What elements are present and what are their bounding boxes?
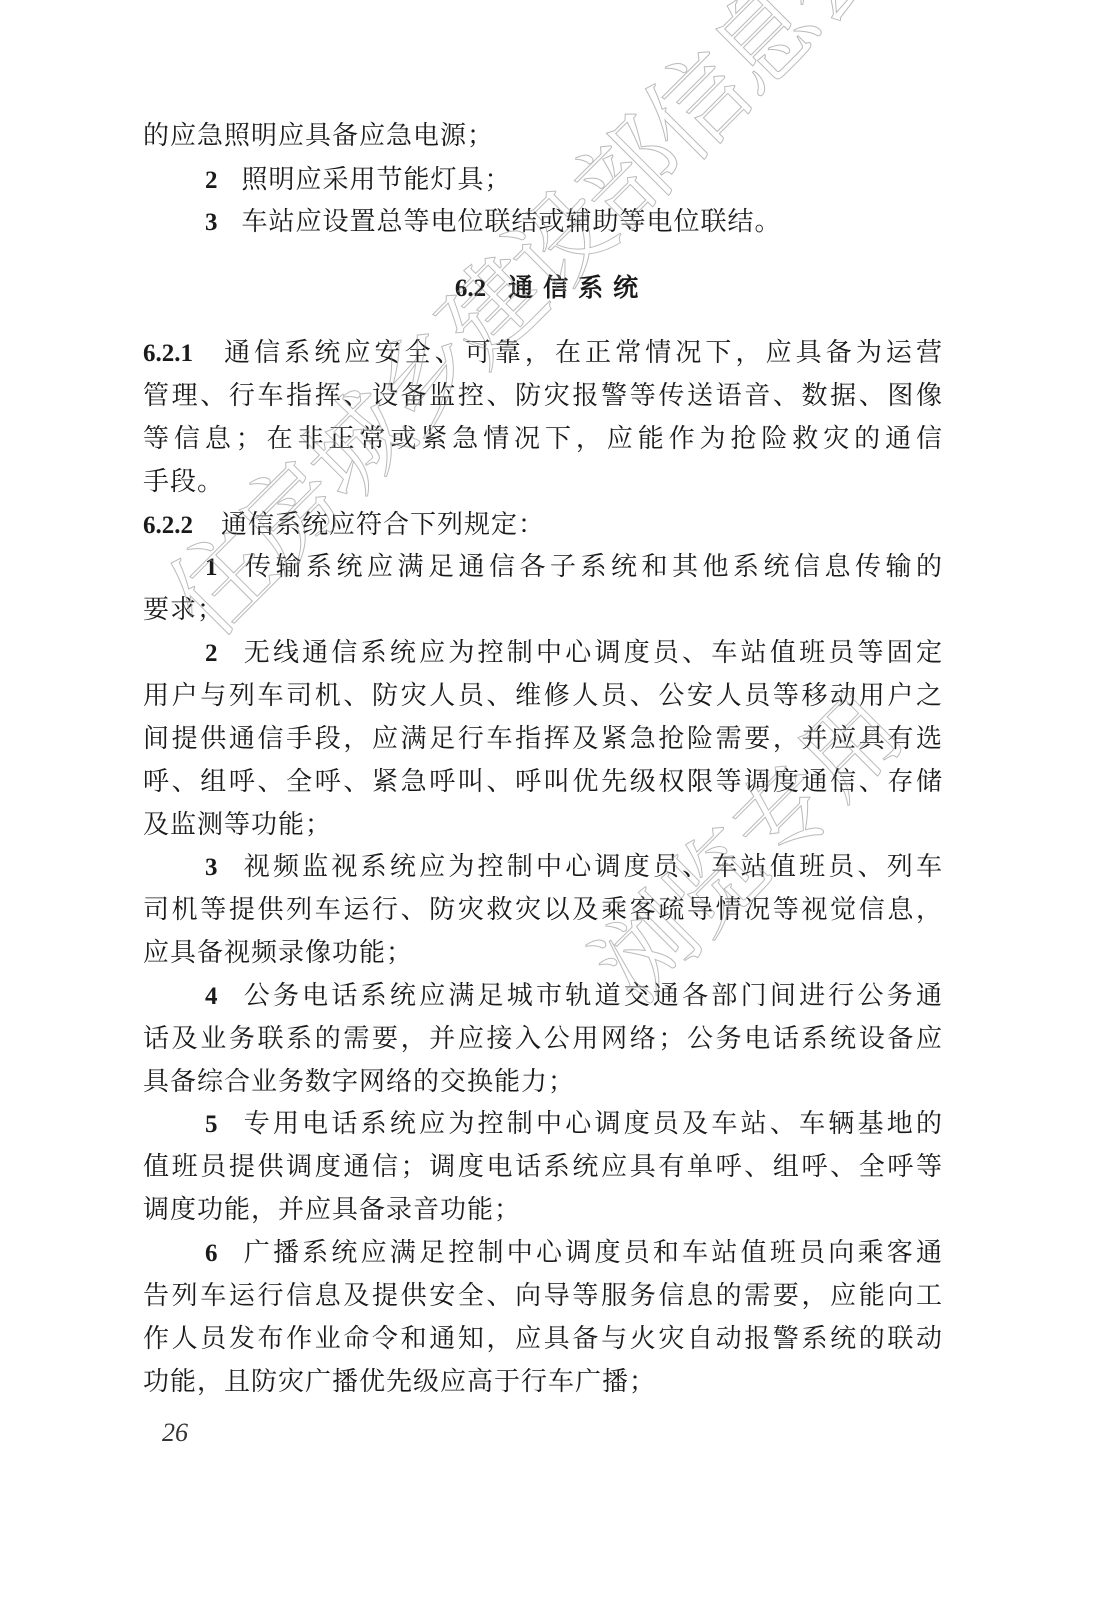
section-heading: 6.2通信系统 (0, 272, 1103, 305)
page-number: 26 (162, 1418, 188, 1448)
item-line: 间提供通信手段，应满足行车指挥及紧急抢险需要，并应具有选 (143, 723, 943, 755)
clause-line: 6.2.1通信系统应安全、可靠，在正常情况下，应具备为运营 (143, 337, 943, 370)
item-line: 告列车运行信息及提供安全、向导等服务信息的需要，应能向工 (143, 1280, 943, 1312)
item-line: 作人员发布作业命令和通知，应具备与火灾自动报警系统的联动 (143, 1323, 943, 1355)
clause-line: 6.2.2通信系统应符合下列规定： (143, 509, 943, 542)
item-line: 司机等提供列车运行、防灾救灾以及乘客疏导情况等视觉信息， (143, 894, 943, 926)
item-line: 具备综合业务数字网络的交换能力； (143, 1066, 943, 1098)
list-item: 2照明应采用节能灯具； (143, 164, 943, 197)
item-line: 应具备视频录像功能； (143, 937, 943, 969)
clause-line: 等信息；在非正常或紧急情况下，应能作为抢险救灾的通信 (143, 423, 943, 455)
item-number: 2 (205, 167, 218, 194)
item-number: 3 (205, 854, 218, 881)
item-text: 视频监视系统应为控制中心调度员、车站值班员、列车 (242, 852, 944, 882)
item-number: 2 (205, 640, 218, 667)
item-text: 公务电话系统应满足城市轨道交通各部门间进行公务通 (242, 981, 944, 1011)
item-line: 话及业务联系的需要，并应接入公用网络；公务电话系统设备应 (143, 1023, 943, 1055)
clause-line: 管理、行车指挥、设备监控、防灾报警等传送语音、数据、图像 (143, 380, 943, 412)
section-title: 通信系统 (508, 273, 648, 302)
item-text: 传输系统应满足通信各子系统和其他系统信息传输的 (242, 552, 944, 582)
item-line: 要求； (143, 594, 943, 626)
list-item: 6广播系统应满足控制中心调度员和车站值班员向乘客通 (143, 1237, 943, 1270)
list-item: 1传输系统应满足通信各子系统和其他系统信息传输的 (143, 551, 943, 584)
list-item: 3车站应设置总等电位联结或辅助等电位联结。 (143, 206, 943, 239)
clause-line: 手段。 (143, 466, 943, 498)
list-item: 5专用电话系统应为控制中心调度员及车站、车辆基地的 (143, 1108, 943, 1141)
list-item: 2无线通信系统应为控制中心调度员、车站值班员等固定 (143, 637, 943, 670)
item-text: 广播系统应满足控制中心调度员和车站值班员向乘客通 (242, 1238, 944, 1268)
clause-number: 6.2.2 (143, 512, 193, 539)
item-line: 及监测等功能； (143, 809, 943, 841)
list-item: 4公务电话系统应满足城市轨道交通各部门间进行公务通 (143, 980, 943, 1013)
list-item: 3视频监视系统应为控制中心调度员、车站值班员、列车 (143, 851, 943, 884)
watermark-text: 浏览专用 (560, 658, 928, 1026)
paragraph-continuation: 的应急照明应具备应急电源； (143, 120, 943, 152)
item-number: 1 (205, 554, 218, 581)
item-line: 用户与列车司机、防灾人员、维修人员、公安人员等移动用户之 (143, 680, 943, 712)
document-page: 的应急照明应具备应急电源； 2照明应采用节能灯具； 3车站应设置总等电位联结或辅… (0, 0, 1103, 1597)
item-text: 照明应采用节能灯具； (242, 165, 512, 195)
item-number: 4 (205, 983, 218, 1010)
clause-text: 通信系统应符合下列规定： (221, 510, 545, 540)
item-line: 功能，且防灾广播优先级应高于行车广播； (143, 1366, 943, 1398)
clause-text: 通信系统应安全、可靠，在正常情况下，应具备为运营 (221, 338, 943, 368)
clause-number: 6.2.1 (143, 340, 193, 367)
item-text: 专用电话系统应为控制中心调度员及车站、车辆基地的 (242, 1109, 944, 1139)
item-text: 车站应设置总等电位联结或辅助等电位联结。 (242, 207, 782, 237)
item-number: 5 (205, 1111, 218, 1138)
item-line: 呼、组呼、全呼、紧急呼叫、呼叫优先级权限等调度通信、存储 (143, 766, 943, 798)
item-line: 值班员提供调度通信；调度电话系统应具有单呼、组呼、全呼等 (143, 1151, 943, 1183)
item-number: 3 (205, 209, 218, 236)
section-number: 6.2 (455, 275, 486, 302)
item-text: 无线通信系统应为控制中心调度员、车站值班员等固定 (242, 638, 944, 668)
item-line: 调度功能，并应具备录音功能； (143, 1194, 943, 1226)
item-number: 6 (205, 1240, 218, 1267)
